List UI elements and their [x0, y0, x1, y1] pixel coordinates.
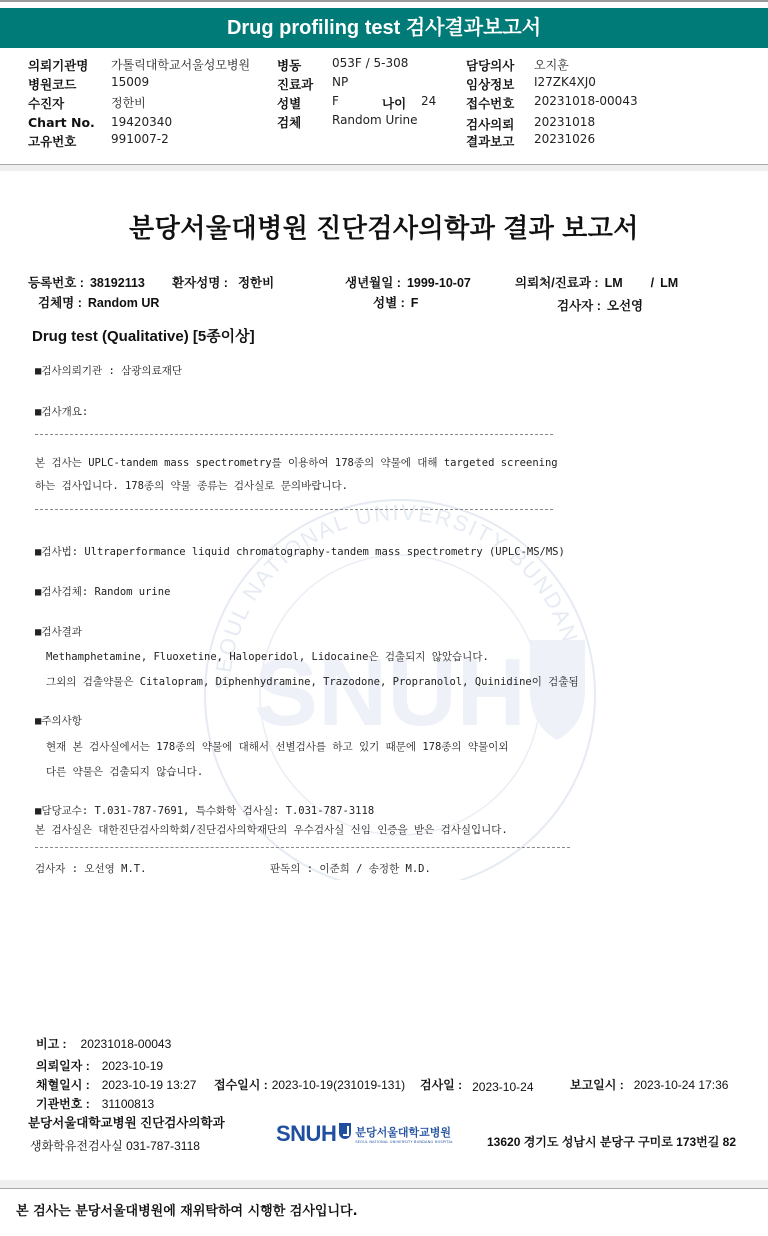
header-label: 검체: [277, 113, 301, 131]
logo-text: SNUH: [276, 1121, 336, 1147]
header-label: 결과보고: [466, 132, 514, 150]
tester-signature: 검사자 : 오선영 M.T.: [35, 861, 146, 876]
patient-name: 환자성명 :정한비: [172, 273, 274, 291]
caution-line-1: 현재 본 검사실에서는 178종의 약물에 대해서 선별검사를 하고 있기 때문…: [46, 739, 508, 754]
dashed-divider: [35, 509, 553, 510]
header-label: 접수번호: [466, 94, 514, 112]
logo-korean-name: 분당서울대학교병원: [355, 1124, 453, 1140]
header-info: 의뢰기관명 가톨릭대학교서울성모병원 병원코드 15009 수진자 정한비 Ch…: [0, 54, 768, 150]
header-value: 053F / 5-308: [332, 56, 408, 70]
overview-heading: ■검사개요:: [35, 404, 88, 419]
report-heading: 분당서울대병원 진단검사의학과 결과 보고서: [0, 208, 768, 245]
header-label: 수진자: [28, 94, 64, 112]
department-name: 분당서울대학교병원 진단검사의학과: [28, 1113, 225, 1131]
dashed-divider: [35, 434, 553, 435]
header-label: 의뢰기관명: [28, 56, 88, 74]
contact-info: ■담당교수: T.031-787-7691, 특수화학 검사실: T.031-7…: [35, 803, 374, 818]
header-value: 정한비: [111, 94, 146, 111]
specimen-name: 검체명 :Random UR: [38, 293, 159, 311]
header-label: 고유번호: [28, 132, 76, 150]
requesting-institution: ■검사의뢰기관 : 삼광의료재단: [35, 363, 182, 378]
header-label: 검사의뢰: [466, 115, 514, 133]
hospital-address: 13620 경기도 성남시 분당구 구미로 173번길 82: [487, 1133, 736, 1150]
patient-sex: 성별 :F: [373, 293, 418, 311]
test-date: 검사일 :2023-10-24: [420, 1076, 534, 1093]
caution-heading: ■주의사항: [35, 713, 82, 728]
lab-contact: 생화학유전검사실 031-787-3118: [30, 1137, 200, 1154]
header-value: 20231026: [534, 132, 595, 146]
overview-line-1: 본 검사는 UPLC-tandem mass spectrometry를 이용하…: [35, 455, 558, 470]
result-detected: 그외의 검출약물은 Citalopram, Diphenhydramine, T…: [46, 674, 579, 689]
header-value: Random Urine: [332, 113, 418, 127]
header-value: 가톨릭대학교서울성모병원: [111, 56, 250, 73]
request-date: 의뢰일자 :2023-10-19: [36, 1057, 163, 1074]
caution-line-2: 다른 약물은 검출되지 않습니다.: [46, 764, 203, 779]
test-name: Drug test (Qualitative) [5종이상]: [32, 325, 255, 346]
header-label: 담당의사: [466, 56, 514, 74]
header-value: 20231018: [534, 115, 595, 129]
ordering-department: 의뢰처/진료과 :LM/LM: [515, 273, 678, 291]
header-value: 15009: [111, 75, 149, 89]
header-label: Chart No.: [28, 115, 95, 130]
registration-number: 등록번호 :38192113: [28, 273, 145, 291]
header-value: F: [332, 94, 339, 108]
receipt-time: 접수일시 :2023-10-19(231019-131): [214, 1076, 405, 1093]
institution-number: 기관번호 :31100813: [36, 1095, 154, 1112]
remarks: 비고 :20231018-00043: [36, 1035, 171, 1052]
report-time: 보고일시 :2023-10-24 17:36: [570, 1076, 728, 1093]
divider-band: [0, 165, 768, 171]
tester-name: 검사자 :오선영: [557, 296, 643, 314]
header-label: 나이: [382, 94, 406, 112]
divider: [0, 1188, 768, 1189]
header-label: 병동: [277, 56, 301, 74]
result-heading: ■검사결과: [35, 624, 82, 639]
header-value: 20231018-00043: [534, 94, 638, 108]
certification-note: 본 검사실은 대한진단검사의학회/진단검사의학재단의 우수검사실 신임 인증을 …: [35, 822, 508, 837]
header-value: NP: [332, 75, 348, 89]
test-method: ■검사법: Ultraperformance liquid chromatogr…: [35, 544, 565, 559]
report-title-bar: Drug profiling test 검사결과보고서: [0, 8, 768, 48]
reader-signature: 판독의 : 이준희 / 송정한 M.D.: [270, 861, 431, 876]
header-value: 24: [421, 94, 436, 108]
header-value: 991007-2: [111, 132, 169, 146]
header-label: 진료과: [277, 75, 313, 93]
result-not-detected: Methamphetamine, Fluoxetine, Haloperidol…: [46, 649, 489, 664]
header-value: 19420340: [111, 115, 172, 129]
shield-icon: [339, 1123, 351, 1139]
header-label: 임상정보: [466, 75, 514, 93]
outsourcing-note: 본 검사는 분당서울대병원에 재위탁하여 시행한 검사입니다.: [16, 1200, 358, 1219]
header-value: 오지훈: [534, 56, 569, 73]
top-border: [0, 0, 768, 2]
test-specimen: ■검사검체: Random urine: [35, 584, 170, 599]
divider-band: [0, 1180, 768, 1188]
header-value: I27ZK4XJ0: [534, 75, 596, 89]
hospital-logo: SNUH 분당서울대학교병원 SEOUL NATIONAL UNIVERSITY…: [276, 1120, 453, 1148]
logo-english-name: SEOUL NATIONAL UNIVERSITY BUNDANG HOSPIT…: [355, 1140, 453, 1144]
header-label: 병원코드: [28, 75, 76, 93]
header-label: 성별: [277, 94, 301, 112]
date-of-birth: 생년월일 :1999-10-07: [345, 273, 471, 291]
overview-line-2: 하는 검사입니다. 178종의 약물 종류는 검사실로 문의바랍니다.: [35, 478, 348, 493]
dashed-divider: [35, 847, 570, 848]
collection-time: 채혈일시 :2023-10-19 13:27: [36, 1076, 196, 1093]
